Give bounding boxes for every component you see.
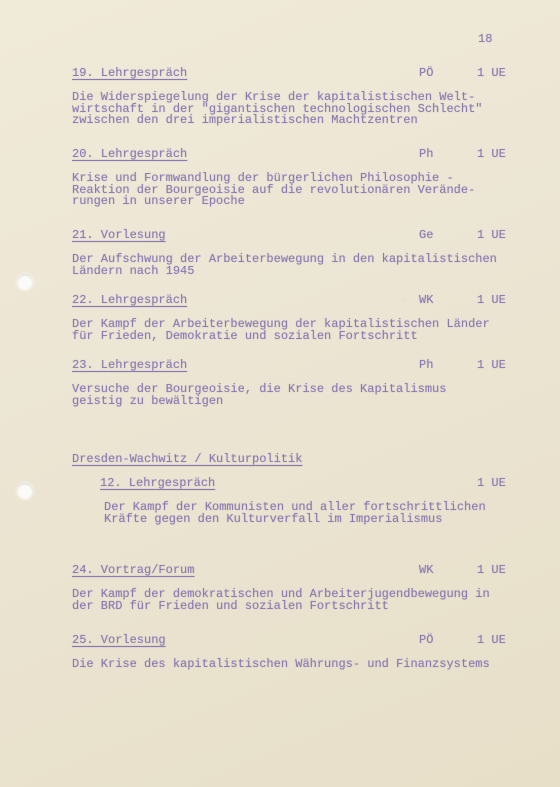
section-units: 1 UE: [477, 358, 506, 372]
section-title: 12. Lehrgespräch: [100, 476, 215, 490]
section-12: 12. Lehrgespräch 1 UE Der Kampf der Komm…: [72, 476, 520, 525]
section-units: 1 UE: [477, 293, 506, 307]
section-23-header: 23. Lehrgespräch Ph 1 UE: [72, 358, 520, 371]
section-body: Der Kampf der Kommunisten und aller fort…: [104, 502, 520, 525]
section-body: Krise und Formwandlung der bürgerlichen …: [72, 173, 520, 208]
page-number: 18: [478, 32, 492, 46]
section-12-header: 12. Lehrgespräch 1 UE: [72, 476, 520, 489]
section-title: 21. Vorlesung: [72, 228, 166, 242]
section-units: 1 UE: [477, 147, 506, 161]
section-19: 19. Lehrgespräch PÖ 1 UE Die Widerspiege…: [72, 66, 520, 127]
section-19-header: 19. Lehrgespräch PÖ 1 UE: [72, 66, 520, 79]
section-body: Versuche der Bourgeoisie, die Krise des …: [72, 384, 520, 407]
section-24-header: 24. Vortrag/Forum WK 1 UE: [72, 563, 520, 576]
section-body: Der Kampf der demokratischen und Arbeite…: [72, 589, 520, 612]
section-20-header: 20. Lehrgespräch Ph 1 UE: [72, 147, 520, 160]
section-code: Ph: [419, 358, 433, 372]
section-units: 1 UE: [477, 476, 506, 490]
section-code: PÖ: [419, 66, 433, 80]
section-22: 22. Lehrgespräch WK 1 UE Der Kampf der A…: [72, 293, 520, 342]
section-body: Der Aufschwung der Arbeiterbewegung in d…: [72, 254, 520, 277]
document-page: 18 19. Lehrgespräch PÖ 1 UE Die Widerspi…: [0, 0, 560, 787]
punch-hole-top: [17, 274, 33, 290]
group-heading-kulturpolitik: Dresden-Wachwitz / Kulturpolitik: [72, 452, 302, 466]
section-22-header: 22. Lehrgespräch WK 1 UE: [72, 293, 520, 306]
section-21: 21. Vorlesung Ge 1 UE Der Aufschwung der…: [72, 228, 520, 277]
section-units: 1 UE: [477, 563, 506, 577]
section-title: 20. Lehrgespräch: [72, 147, 187, 161]
section-title: 22. Lehrgespräch: [72, 293, 187, 307]
section-code: Ph: [419, 147, 433, 161]
section-25: 25. Vorlesung PÖ 1 UE Die Krise des kapi…: [72, 633, 520, 671]
section-24: 24. Vortrag/Forum WK 1 UE Der Kampf der …: [72, 563, 520, 612]
section-body: Die Widerspiegelung der Krise der kapita…: [72, 92, 520, 127]
section-20: 20. Lehrgespräch Ph 1 UE Krise und Formw…: [72, 147, 520, 208]
section-title: 24. Vortrag/Forum: [72, 563, 194, 577]
section-units: 1 UE: [477, 66, 506, 80]
section-23: 23. Lehrgespräch Ph 1 UE Versuche der Bo…: [72, 358, 520, 407]
section-units: 1 UE: [477, 228, 506, 242]
section-units: 1 UE: [477, 633, 506, 647]
section-body: Der Kampf der Arbeiterbewegung der kapit…: [72, 319, 520, 342]
section-code: PÖ: [419, 633, 433, 647]
section-code: Ge: [419, 228, 433, 242]
section-code: WK: [419, 563, 433, 577]
section-body: Die Krise des kapitalistischen Währungs-…: [72, 659, 520, 671]
section-title: 19. Lehrgespräch: [72, 66, 187, 80]
section-title: 25. Vorlesung: [72, 633, 166, 647]
section-21-header: 21. Vorlesung Ge 1 UE: [72, 228, 520, 241]
section-title: 23. Lehrgespräch: [72, 358, 187, 372]
punch-hole-bottom: [17, 483, 33, 499]
section-25-header: 25. Vorlesung PÖ 1 UE: [72, 633, 520, 646]
section-code: WK: [419, 293, 433, 307]
